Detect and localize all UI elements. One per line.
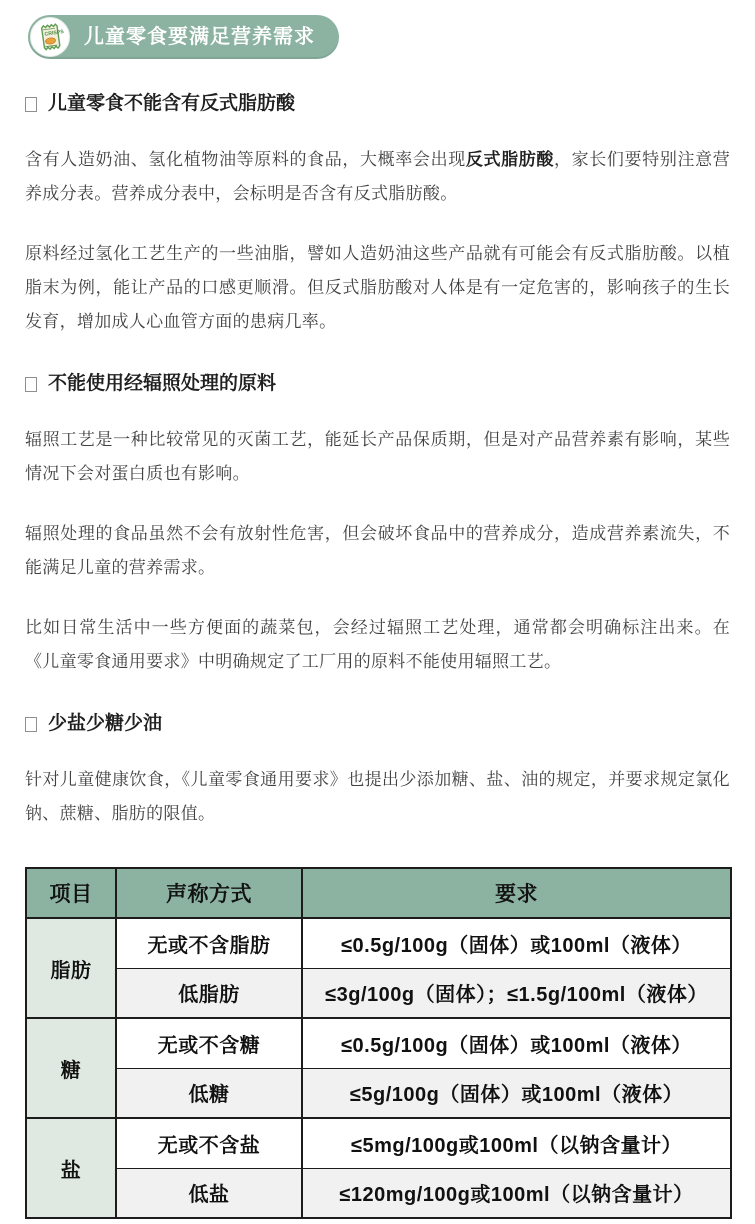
paragraph: 比如日常生活中一些方便面的蔬菜包，会经过辐照工艺处理，通常都会明确标注出来。在《… bbox=[25, 611, 730, 679]
requirement-cell: ≤0.5g/100g（固体）或100ml（液体） bbox=[302, 918, 731, 968]
paragraph: 含有人造奶油、氢化植物油等原料的食品，大概率会出现反式脂肪酸，家长们要特别注意营… bbox=[25, 143, 730, 211]
header-badge-pill: CRISPS 儿童零食要满足营养需求 bbox=[28, 15, 339, 59]
section-heading: 儿童零食不能含有反式脂肪酸 bbox=[25, 91, 730, 117]
item-cell: 脂肪 bbox=[26, 918, 116, 1018]
snack-bag-icon: CRISPS bbox=[30, 17, 70, 57]
paragraph: 针对儿童健康饮食，《儿童零食通用要求》也提出少添加糖、盐、油的规定，并要求规定氯… bbox=[25, 763, 730, 831]
section-heading-text: 不能使用经辐照处理的原料 bbox=[48, 371, 276, 397]
section-heading: 少盐少糖少油 bbox=[25, 711, 730, 737]
sections-container: 儿童零食不能含有反式脂肪酸含有人造奶油、氢化植物油等原料的食品，大概率会出现反式… bbox=[25, 91, 730, 831]
requirement-cell: ≤3g/100g（固体）；≤1.5g/100ml（液体） bbox=[302, 968, 731, 1018]
page-title: 儿童零食要满足营养需求 bbox=[84, 15, 315, 59]
body-text: 比如日常生活中一些方便面的蔬菜包，会经过辐照工艺处理，通常都会明确标注出来。在《… bbox=[25, 618, 730, 671]
table-row: 脂肪无或不含脂肪≤0.5g/100g（固体）或100ml（液体） bbox=[26, 918, 731, 968]
requirement-cell: ≤5mg/100g或100ml（以钠含量计） bbox=[302, 1118, 731, 1168]
claim-cell: 低盐 bbox=[116, 1168, 302, 1218]
section-heading-text: 少盐少糖少油 bbox=[48, 711, 162, 737]
section-heading-text: 儿童零食不能含有反式脂肪酸 bbox=[48, 91, 295, 117]
table-row: 低盐≤120mg/100g或100ml（以钠含量计） bbox=[26, 1168, 731, 1218]
requirement-cell: ≤0.5g/100g（固体）或100ml（液体） bbox=[302, 1018, 731, 1068]
table-header-row: 项目声称方式要求 bbox=[26, 868, 731, 918]
square-bullet-icon bbox=[25, 97, 37, 112]
body-text: 针对儿童健康饮食，《儿童零食通用要求》也提出少添加糖、盐、油的规定，并要求规定氯… bbox=[25, 770, 730, 823]
body-text: 辐照工艺是一种比较常见的灭菌工艺，能延长产品保质期，但是对产品营养素有影响，某些… bbox=[25, 430, 730, 483]
article: CRISPS 儿童零食要满足营养需求 儿童零食不能含有反式脂肪酸含有人造奶油、氢… bbox=[0, 0, 755, 1219]
body-text: 原料经过氢化工艺生产的一些油脂，譬如人造奶油这些产品就有可能会有反式脂肪酸。以植… bbox=[25, 244, 730, 331]
emphasis-text: 反式脂肪酸 bbox=[466, 150, 554, 169]
claim-cell: 无或不含盐 bbox=[116, 1118, 302, 1168]
table-header-cell: 项目 bbox=[26, 868, 116, 918]
claim-cell: 无或不含糖 bbox=[116, 1018, 302, 1068]
table-header-cell: 要求 bbox=[302, 868, 731, 918]
paragraph: 辐照处理的食品虽然不会有放射性危害，但会破坏食品中的营养成分，造成营养素流失，不… bbox=[25, 517, 730, 585]
paragraph: 辐照工艺是一种比较常见的灭菌工艺，能延长产品保质期，但是对产品营养素有影响，某些… bbox=[25, 423, 730, 491]
square-bullet-icon bbox=[25, 377, 37, 392]
requirement-cell: ≤5g/100g（固体）或100ml（液体） bbox=[302, 1068, 731, 1118]
table-row: 盐无或不含盐≤5mg/100g或100ml（以钠含量计） bbox=[26, 1118, 731, 1168]
requirements-table: 项目声称方式要求 脂肪无或不含脂肪≤0.5g/100g（固体）或100ml（液体… bbox=[25, 867, 732, 1219]
requirements-table-head: 项目声称方式要求 bbox=[26, 868, 731, 918]
header-badge: CRISPS 儿童零食要满足营养需求 bbox=[28, 15, 730, 59]
square-bullet-icon bbox=[25, 717, 37, 732]
table-row: 低糖≤5g/100g（固体）或100ml（液体） bbox=[26, 1068, 731, 1118]
table-row: 糖无或不含糖≤0.5g/100g（固体）或100ml（液体） bbox=[26, 1018, 731, 1068]
claim-cell: 低糖 bbox=[116, 1068, 302, 1118]
claim-cell: 低脂肪 bbox=[116, 968, 302, 1018]
item-cell: 糖 bbox=[26, 1018, 116, 1118]
item-cell: 盐 bbox=[26, 1118, 116, 1218]
table-row: 低脂肪≤3g/100g（固体）；≤1.5g/100ml（液体） bbox=[26, 968, 731, 1018]
paragraph: 原料经过氢化工艺生产的一些油脂，譬如人造奶油这些产品就有可能会有反式脂肪酸。以植… bbox=[25, 237, 730, 339]
table-header-cell: 声称方式 bbox=[116, 868, 302, 918]
section-heading: 不能使用经辐照处理的原料 bbox=[25, 371, 730, 397]
requirements-table-body: 脂肪无或不含脂肪≤0.5g/100g（固体）或100ml（液体）低脂肪≤3g/1… bbox=[26, 918, 731, 1218]
claim-cell: 无或不含脂肪 bbox=[116, 918, 302, 968]
requirement-cell: ≤120mg/100g或100ml（以钠含量计） bbox=[302, 1168, 731, 1218]
body-text: 含有人造奶油、氢化植物油等原料的食品，大概率会出现 bbox=[25, 150, 466, 169]
body-text: 辐照处理的食品虽然不会有放射性危害，但会破坏食品中的营养成分，造成营养素流失，不… bbox=[25, 524, 730, 577]
